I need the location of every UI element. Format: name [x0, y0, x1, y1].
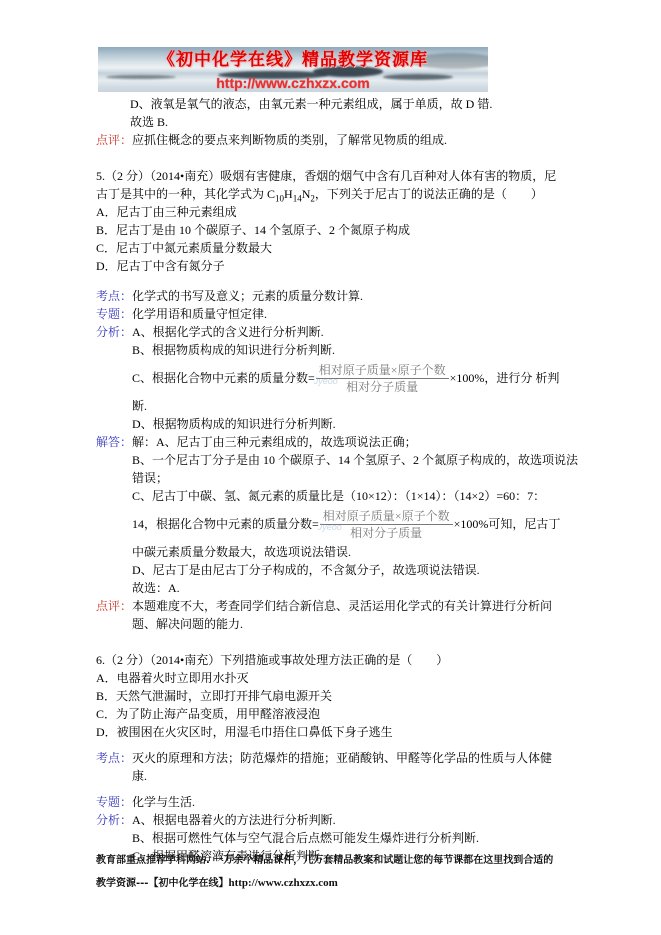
q5-review-text: 本题难度不大，考查同学们结合新信息、灵活运用化学式的有关计算进行分析问题、解决问…	[132, 597, 566, 633]
q4-review-row: 点评： 应抓住概念的要点来判断物质的类别，了解常见物质的组成.	[96, 131, 566, 149]
footer-line-1: 教育部重点推荐学科网站. 一万余个精品课件，几万套精品教案和试题让您的每节课都在…	[96, 849, 574, 872]
banner-title: 《初中化学在线》精品教学资源库	[98, 51, 488, 69]
fraction-denominator: 相对分子质量	[350, 525, 422, 540]
option-line: C．尼古丁中氮元素质量分数最大	[96, 239, 566, 257]
q5-fenxi-row: 分析： A、根据化学式的含义进行分析判断. B、根据物质构成的知识进行分析判断.…	[96, 323, 566, 433]
option-line: B．尼古丁是由 10 个碳原子、14 个氢原子、2 个氮原子构成	[96, 221, 566, 239]
review-label: 点评：	[96, 597, 132, 615]
option-line: D．尼古丁中含有氮分子	[96, 257, 566, 275]
document-page: 《初中化学在线》精品教学资源库 http://www.czhxzx.com D、…	[0, 0, 661, 935]
q5-stem-text-after: ，下列关于尼古丁的说法正确的是（ ）	[315, 187, 543, 201]
jyeoo-watermark: Jyeoo	[318, 523, 342, 532]
footer-line-2: 教学资源---【初中化学在线】http://www.czhxzx.com	[96, 872, 574, 895]
mass-fraction-formula-line: C、根据化合物中元素的质量分数= 相对原子质量×原子个数 相对分子质量 Jyeo…	[132, 359, 566, 397]
kaodian-label: 考点：	[96, 287, 132, 305]
footer-line-2-text: 教学资源---【初中化学在线】	[96, 878, 228, 889]
formula-suffix: ×100%，进行分 析判	[450, 369, 560, 387]
option-line: C．为了防止海产品变质，用甲醛溶液浸泡	[96, 705, 566, 723]
q5-zhuanti-row: 专题： 化学用语和质量守恒定律.	[96, 305, 566, 323]
jieda-item-d: D、尼古丁是由尼古丁分子构成的，不含氮分子，故选项说法错误.	[132, 561, 566, 579]
q5-zhuanti-text: 化学用语和质量守恒定律.	[132, 305, 566, 323]
fraction-image: 相对原子质量×原子个数 相对分子质量 Jyeoo	[320, 509, 453, 540]
option-line: A．尼古丁由三种元素组成	[96, 203, 566, 221]
mass-fraction-formula-line: 14，根据化合物中元素的质量分数= 相对原子质量×原子个数 相对分子质量 Jye…	[132, 505, 566, 543]
q5-jieda-row: 解答： 解：A、尼古丁由三种元素组成的，故选项说法正确； B、一个尼古丁分子是由…	[96, 433, 566, 597]
jieda-item-c: C、尼古丁中碳、氢、氮元素的质量比是（10×12）：（1×14）：（14×2）=…	[132, 487, 566, 505]
q4-conclusion: 故选 B.	[96, 113, 566, 131]
jyeoo-watermark: Jyeoo	[314, 377, 338, 386]
q6-zhuanti-text: 化学与生活.	[132, 793, 566, 811]
zhuanti-label: 专题：	[96, 793, 132, 811]
fenxi-item-a: A、根据化学式的含义进行分析判断.	[132, 323, 566, 341]
option-line: A．电器着火时立即用水扑灭	[96, 669, 566, 687]
q5-kaodian-row: 考点： 化学式的书写及意义；元素的质量分数计算.	[96, 287, 566, 305]
formula-prefix: C、根据化合物中元素的质量分数=	[132, 369, 315, 387]
footer-url: http://www.czhxzx.com	[228, 877, 337, 889]
banner-url: http://www.czhxzx.com	[98, 74, 488, 92]
q4-review-text: 应抓住概念的要点来判断物质的类别，了解常见物质的组成.	[132, 131, 566, 149]
option-line: D．被围困在火灾区时，用湿毛巾捂住口鼻低下身子逃生	[96, 723, 566, 741]
kaodian-label: 考点：	[96, 749, 132, 767]
fenxi-item-d: D、根据物质构成的知识进行分析判断.	[132, 415, 566, 433]
q6-zhuanti-row: 专题： 化学与生活.	[96, 793, 566, 811]
formula-suffix: ×100%可知，尼古丁	[454, 515, 561, 533]
jieda-item-b-cont: 错误；	[132, 469, 566, 487]
option-line: B．天然气泄漏时，立即打开排气扇电源开关	[96, 687, 566, 705]
q6-kaodian-row: 考点： 灭火的原理和方法；防范爆炸的措施；亚硝酸钠、甲醛等化学品的性质与人体健康…	[96, 749, 566, 785]
q6-kaodian-text: 灭火的原理和方法；防范爆炸的措施；亚硝酸钠、甲醛等化学品的性质与人体健康.	[132, 749, 566, 785]
q5-kaodian-text: 化学式的书写及意义；元素的质量分数计算.	[132, 287, 566, 305]
fenxi-item-b: B、根据物质构成的知识进行分析判断.	[132, 341, 566, 359]
fenxi-label: 分析：	[96, 811, 132, 829]
formula-prefix: 14，根据化合物中元素的质量分数=	[132, 515, 319, 533]
jieda-item-b: B、一个尼古丁分子是由 10 个碳原子、14 个氢原子、2 个氮原子构成的，故选…	[132, 451, 566, 469]
q6-stem: 6.（2 分）（2014•南充）下列措施或事故处理方法正确的是（ ）	[96, 651, 566, 669]
footer-promo: 教育部重点推荐学科网站. 一万余个精品课件，几万套精品教案和试题让您的每节课都在…	[96, 849, 574, 895]
review-label: 点评：	[96, 131, 132, 149]
fraction-image: 相对原子质量×原子个数 相对分子质量 Jyeoo	[316, 363, 449, 394]
document-content: D、液氧是氧气的液态，由氧元素一种元素组成，属于单质，故 D 错. 故选 B. …	[96, 95, 566, 865]
jieda-label: 解答：	[96, 433, 132, 451]
q5-stem: 5.（2 分）（2014•南充）吸烟有害健康，香烟的烟气中含有几百种对人体有害的…	[96, 167, 566, 203]
q5-review-row: 点评： 本题难度不大，考查同学们结合新信息、灵活运用化学式的有关计算进行分析问题…	[96, 597, 566, 633]
site-banner: 《初中化学在线》精品教学资源库 http://www.czhxzx.com	[98, 47, 488, 92]
jieda-conclusion: 故选：A.	[132, 579, 566, 597]
jieda-item-a: 解：A、尼古丁由三种元素组成的，故选项说法正确；	[132, 433, 566, 451]
fenxi-item-a: A、根据电器着火的方法进行分析判断.	[132, 811, 566, 829]
fenxi-label: 分析：	[96, 323, 132, 341]
chemical-formula: C10H14N2	[267, 187, 315, 201]
fraction-denominator: 相对分子质量	[346, 379, 418, 394]
fenxi-item-c-cont: 断.	[132, 397, 566, 415]
fenxi-item-b: B、根据可燃性气体与空气混合后点燃可能发生爆炸进行分析判断.	[132, 829, 566, 847]
jieda-item-c-cont: 中碳元素质量分数最大，故选项说法错误.	[132, 543, 566, 561]
zhuanti-label: 专题：	[96, 305, 132, 323]
q4-option-d-judgement: D、液氧是氧气的液态，由氧元素一种元素组成，属于单质，故 D 错.	[96, 95, 566, 113]
